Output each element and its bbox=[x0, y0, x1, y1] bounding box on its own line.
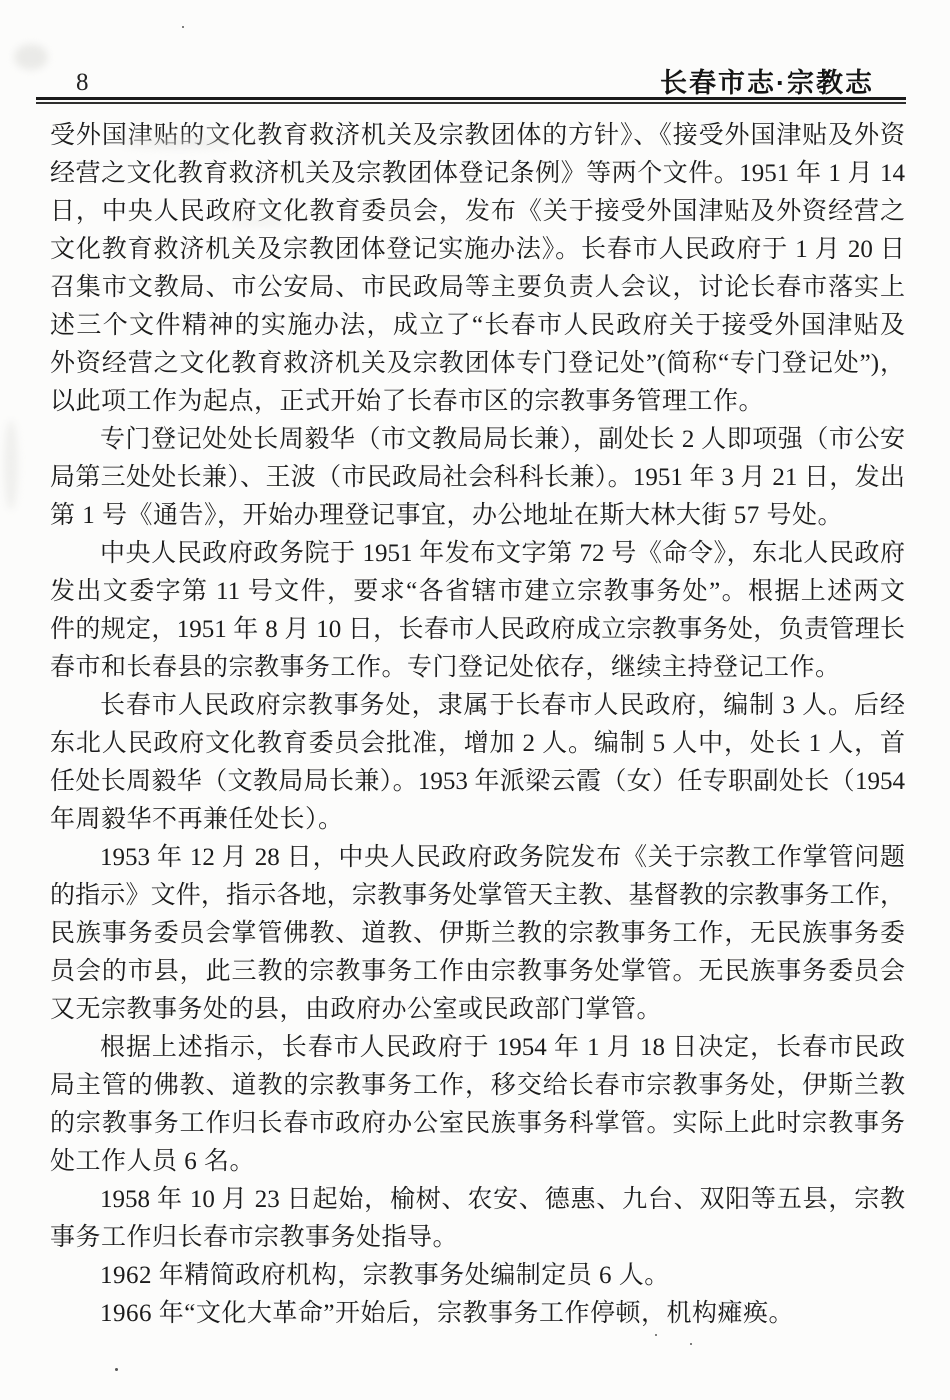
text-line: 又无宗教事务处的县，由政府办公室或民政部门掌管。 bbox=[50, 991, 905, 1029]
scan-smudge bbox=[230, 218, 290, 226]
text-line: 长春市人民政府宗教事务处，隶属于长春市人民政府，编制 3 人。后经 bbox=[50, 687, 905, 725]
text-line: 处工作人员 6 名。 bbox=[50, 1143, 905, 1181]
text-line: 1953 年 12 月 28 日，中央人民政府政务院发布《关于宗教工作掌管问题 bbox=[50, 839, 905, 877]
text-line: 文化教育救济机关及宗教团体登记实施办法》。长春市人民政府于 1 月 20 日 bbox=[50, 231, 905, 269]
text-line: 年周毅华不再兼任处长）。 bbox=[50, 801, 905, 839]
text-line: 受外国津贴的文化教育救济机关及宗教团体的方针》、《接受外国津贴及外资 bbox=[50, 117, 905, 155]
scan-speck bbox=[690, 1343, 692, 1345]
header-double-rule bbox=[36, 97, 906, 104]
text-line: 春市和长春县的宗教事务工作。专门登记处依存，继续主持登记工作。 bbox=[50, 649, 905, 687]
scan-smudge bbox=[4, 420, 18, 510]
text-line: 件的规定，1951 年 8 月 10 日，长春市人民政府成立宗教事务处，负责管理… bbox=[50, 611, 905, 649]
text-line: 民族事务委员会掌管佛教、道教、伊斯兰教的宗教事务工作，无民族事务委 bbox=[50, 915, 905, 953]
text-line: 局主管的佛教、道教的宗教事务工作，移交给长春市宗教事务处，伊斯兰教 bbox=[50, 1067, 905, 1105]
scan-smudge bbox=[14, 44, 48, 70]
text-line: 1962 年精简政府机构，宗教事务处编制定员 6 人。 bbox=[50, 1257, 905, 1295]
text-line: 第 1 号《通告》，开始办理登记事宜，办公地址在斯大林大街 57 号处。 bbox=[50, 497, 905, 535]
scan-speck bbox=[655, 1334, 657, 1336]
running-head: 8 长春市志·宗教志 bbox=[48, 60, 904, 98]
text-line: 局第三处处长兼）、王波（市民政局社会科科长兼）。1951 年 3 月 21 日，… bbox=[50, 459, 905, 497]
text-line: 中央人民政府政务院于 1951 年发布文字第 72 号《命令》，东北人民政府 bbox=[50, 535, 905, 573]
text-line: 1958 年 10 月 23 日起始，榆树、农安、德惠、九台、双阳等五县，宗教 bbox=[50, 1181, 905, 1219]
text-line: 根据上述指示，长春市人民政府于 1954 年 1 月 18 日决定，长春市民政 bbox=[50, 1029, 905, 1067]
text-line: 述三个文件精神的实施办法，成立了“长春市人民政府关于接受外国津贴及 bbox=[50, 307, 905, 345]
text-line: 外资经营之文化教育救济机关及宗教团体专门登记处”(简称“专门登记处”)， bbox=[50, 345, 905, 383]
text-line: 专门登记处处长周毅华（市文教局局长兼），副处长 2 人即项强（市公安 bbox=[50, 421, 905, 459]
text-line: 东北人民政府文化教育委员会批准，增加 2 人。编制 5 人中，处长 1 人，首 bbox=[50, 725, 905, 763]
text-line: 事务工作归长春市宗教事务处指导。 bbox=[50, 1219, 905, 1257]
page-number: 8 bbox=[48, 68, 89, 98]
text-line: 的指示》文件，指示各地，宗教事务处掌管天主教、基督教的宗教事务工作， bbox=[50, 877, 905, 915]
text-line: 1966 年“文化大革命”开始后，宗教事务工作停顿，机构瘫痪。 bbox=[50, 1295, 905, 1333]
running-head-title: 长春市志·宗教志 bbox=[660, 68, 904, 98]
scanned-book-page: 8 长春市志·宗教志 受外国津贴的文化教育救济机关及宗教团体的方针》、《接受外国… bbox=[0, 0, 950, 1400]
text-line: 日，中央人民政府文化教育委员会，发布《关于接受外国津贴及外资经营之 bbox=[50, 193, 905, 231]
text-line: 以此项工作为起点，正式开始了长春市区的宗教事务管理工作。 bbox=[50, 383, 905, 421]
text-line: 发出文委字第 11 号文件，要求“各省辖市建立宗教事务处”。根据上述两文 bbox=[50, 573, 905, 611]
text-line: 任处长周毅华（文教局局长兼）。1953 年派梁云霞（女）任专职副处长（1954 bbox=[50, 763, 905, 801]
scan-speck bbox=[115, 1368, 118, 1371]
text-line: 的宗教事务工作归长春市政府办公室民族事务科掌管。实际上此时宗教事务 bbox=[50, 1105, 905, 1143]
body-text-block: 受外国津贴的文化教育救济机关及宗教团体的方针》、《接受外国津贴及外资经营之文化教… bbox=[50, 117, 905, 1333]
text-line: 员会的市县，此三教的宗教事务工作由宗教事务处掌管。无民族事务委员会 bbox=[50, 953, 905, 991]
text-line: 经营之文化教育救济机关及宗教团体登记条例》等两个文件。1951 年 1 月 14 bbox=[50, 155, 905, 193]
scan-smudge bbox=[120, 138, 240, 148]
scan-speck bbox=[182, 26, 184, 28]
text-line: 召集市文教局、市公安局、市民政局等主要负责人会议，讨论长春市落实上 bbox=[50, 269, 905, 307]
